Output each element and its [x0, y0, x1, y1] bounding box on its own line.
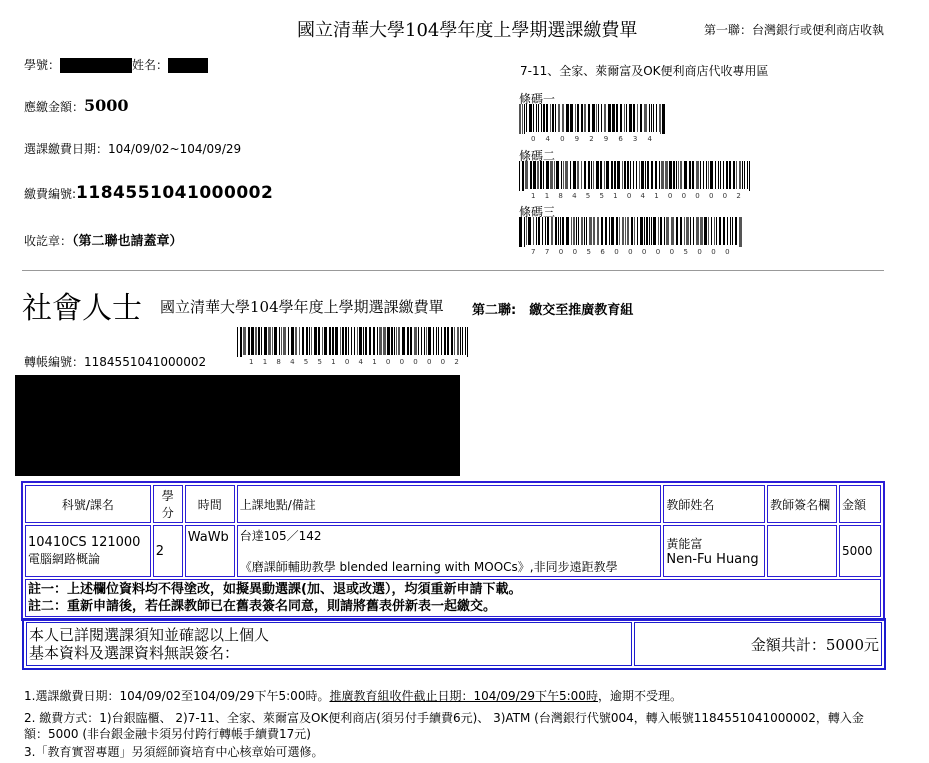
student-id-row: 學號：姓名： — [24, 56, 208, 73]
svg-text:2: 2 — [589, 135, 593, 142]
svg-text:5: 5 — [586, 192, 590, 199]
svg-text:1: 1 — [249, 358, 253, 365]
amount-due-row: 應繳金額：5000 — [24, 96, 129, 115]
copy2-label: 第二聯: 繳交至推廣教育組 — [472, 299, 633, 318]
svg-text:1: 1 — [613, 192, 617, 199]
svg-text:0: 0 — [441, 358, 445, 365]
svg-text:0: 0 — [656, 248, 660, 255]
svg-text:5: 5 — [684, 248, 688, 255]
svg-text:4: 4 — [572, 192, 577, 199]
svg-text:0: 0 — [628, 248, 632, 255]
svg-text:0: 0 — [413, 358, 417, 365]
svg-text:0: 0 — [531, 135, 535, 142]
svg-text:5: 5 — [586, 248, 590, 255]
notes-cell: 註一：上述欄位資料均不得塗改，如擬異動選課(加、退或改選），均須重新申請下載。 … — [25, 579, 881, 617]
svg-text:9: 9 — [575, 135, 579, 142]
svg-text:0: 0 — [682, 192, 686, 199]
svg-text:0: 0 — [711, 248, 715, 255]
teacher-name-en: Nen-Fu Huang — [666, 552, 762, 567]
svg-text:0: 0 — [627, 192, 631, 199]
svg-text:1: 1 — [263, 358, 267, 365]
payment-no-row: 繳費編號:1184551041000002 — [24, 183, 273, 203]
amount-due-label: 應繳金額： — [24, 100, 84, 114]
payment-period-value: 104/09/02~104/09/29 — [108, 142, 241, 156]
header-time: 時間 — [185, 485, 235, 523]
teacher-cell: 黃能富 Nen-Fu Huang — [663, 525, 765, 577]
footer-item-1: 1.選課繳費日期：104/09/02至104/09/29下午5:00時。推廣教育… — [24, 688, 682, 704]
notes-row: 註一：上述欄位資料均不得塗改，如擬異動選課(加、退或改選），均須重新申請下載。 … — [25, 579, 881, 617]
header-credits: 學分 — [153, 485, 183, 523]
payment-period-row: 選課繳費日期：104/09/02~104/09/29 — [24, 140, 241, 157]
svg-text:1: 1 — [372, 358, 376, 365]
note-1: 註一：上述欄位資料均不得塗改，如擬異動選課(加、退或改選），均須重新申請下載。 — [28, 581, 878, 598]
svg-text:0: 0 — [560, 135, 564, 142]
stamp-note: （第二聯也請蓋章） — [72, 234, 183, 249]
svg-text:2: 2 — [454, 358, 458, 365]
form-title: 國立清華大學104學年度上學期選課繳費單 — [297, 16, 637, 42]
teacher-name-zh: 黃能富 — [666, 535, 762, 552]
amount-cell: 5000 — [839, 525, 881, 577]
svg-text:0: 0 — [345, 358, 349, 365]
course-code: 10410CS 121000 — [28, 535, 148, 550]
payment-period-label: 選課繳費日期： — [24, 142, 108, 156]
transfer-barcode: 1184551041000002 — [237, 327, 472, 365]
redacted-student-name — [168, 58, 208, 73]
svg-text:2: 2 — [736, 192, 740, 199]
barcode-1: 040929634 — [519, 104, 666, 142]
svg-text:0: 0 — [709, 192, 713, 199]
svg-text:0: 0 — [573, 248, 577, 255]
svg-text:1: 1 — [331, 358, 335, 365]
redacted-student-id — [60, 58, 132, 73]
course-table: 科號/課名 學分 時間 上課地點/備註 教師姓名 教師簽名欄 金額 10410C… — [21, 481, 885, 621]
svg-text:5: 5 — [599, 192, 603, 199]
course-name: 電腦網路概論 — [28, 550, 148, 567]
footer-item-3: 3.「教育實習專題」另須經師資培育中心核章始可選修。 — [24, 744, 323, 760]
svg-text:0: 0 — [697, 248, 701, 255]
footer-item-1-tail: ，逾期不受理。 — [598, 689, 682, 703]
svg-text:4: 4 — [546, 135, 551, 142]
svg-text:4: 4 — [359, 358, 364, 365]
svg-text:1: 1 — [654, 192, 658, 199]
svg-text:0: 0 — [400, 358, 404, 365]
location-cell: 台達105／142 《磨課師輔助教學 blended learning with… — [237, 525, 662, 577]
copy1-label: 第一聯：台灣銀行或便利商店收執 — [704, 21, 884, 38]
credits-cell: 2 — [153, 525, 183, 577]
amount-due-value: 5000 — [84, 96, 129, 115]
svg-text:1: 1 — [545, 192, 549, 199]
header-location: 上課地點/備註 — [237, 485, 662, 523]
footer-item-2-line2: 額：5000 (非台銀金融卡須另付跨行轉帳手續費17元) — [24, 726, 864, 742]
svg-text:3: 3 — [633, 135, 637, 142]
footer-item-2: 2. 繳費方式：1)台銀臨櫃、 2)7-11、全家、萊爾富及OK便利商店(須另付… — [24, 710, 864, 742]
svg-text:4: 4 — [641, 192, 646, 199]
svg-text:0: 0 — [614, 248, 618, 255]
svg-text:7: 7 — [545, 248, 549, 255]
svg-text:1: 1 — [531, 192, 535, 199]
svg-text:5: 5 — [317, 358, 321, 365]
store-area-title: 7-11、全家、萊爾富及OK便利商店代收專用區 — [520, 62, 769, 79]
svg-text:0: 0 — [642, 248, 646, 255]
svg-text:0: 0 — [725, 248, 729, 255]
footer-item-2-line1: 2. 繳費方式：1)台銀臨櫃、 2)7-11、全家、萊爾富及OK便利商店(須另付… — [24, 710, 864, 726]
stamp-row: 收訖章：（第二聯也請蓋章） — [24, 230, 183, 249]
course-cell: 10410CS 121000 電腦網路概論 — [25, 525, 151, 577]
signature-cell — [767, 525, 837, 577]
stamp-label: 收訖章： — [24, 234, 72, 248]
footer-deadline: 推廣教育組收件截止日期：104/09/29下午5:00時 — [329, 689, 597, 703]
location-text: 台達105／142 — [240, 527, 659, 544]
footer-item-1-text: 1.選課繳費日期：104/09/02至104/09/29下午5:00時。 — [24, 689, 329, 703]
signature-statement-cell: 本人已詳閱選課須知並確認以上個人 基本資料及選課資料無誤簽名： — [26, 622, 632, 666]
signature-table: 本人已詳閱選課須知並確認以上個人 基本資料及選課資料無誤簽名： 金額共計：500… — [22, 618, 886, 670]
svg-text:0: 0 — [668, 192, 672, 199]
student-name-label: 姓名： — [132, 58, 168, 72]
svg-text:5: 5 — [304, 358, 308, 365]
signature-statement-line1: 本人已詳閱選課須知並確認以上個人 — [29, 626, 629, 644]
time-cell: WaWb — [185, 525, 235, 577]
svg-text:0: 0 — [559, 248, 563, 255]
svg-text:4: 4 — [290, 358, 295, 365]
note-2: 註二：重新申請後，若任課教師已在舊表簽名同意，則請將舊表併新表一起繳交。 — [28, 598, 878, 615]
transfer-no-row: 轉帳編號：1184551041000002 — [24, 353, 206, 370]
header-signature: 教師簽名欄 — [767, 485, 837, 523]
redacted-block — [15, 375, 460, 476]
payment-no-label: 繳費編號: — [24, 187, 76, 201]
header-teacher: 教師姓名 — [663, 485, 765, 523]
svg-text:8: 8 — [276, 358, 280, 365]
svg-text:7: 7 — [531, 248, 535, 255]
svg-text:0: 0 — [670, 248, 674, 255]
svg-text:0: 0 — [386, 358, 390, 365]
barcode-2: 1184551041000002 — [519, 161, 754, 199]
svg-text:6: 6 — [618, 135, 623, 142]
remark-text: 《磨課師輔助教學 blended learning with MOOCs》,非同… — [240, 558, 659, 575]
svg-text:0: 0 — [427, 358, 431, 365]
payment-no-value: 1184551041000002 — [76, 183, 273, 203]
table-row: 10410CS 121000 電腦網路概論 2 WaWb 台達105／142 《… — [25, 525, 881, 577]
svg-text:8: 8 — [558, 192, 562, 199]
svg-text:0: 0 — [695, 192, 699, 199]
svg-text:9: 9 — [604, 135, 608, 142]
section-divider — [22, 270, 884, 271]
barcode-3: 770056000005000 — [519, 217, 743, 255]
table-header-row: 科號/課名 學分 時間 上課地點/備註 教師姓名 教師簽名欄 金額 — [25, 485, 881, 523]
total-amount-cell: 金額共計：5000元 — [634, 622, 882, 666]
copy2-form-title: 國立清華大學104學年度上學期選課繳費單 — [160, 296, 444, 317]
transfer-no-value: 1184551041000002 — [84, 355, 206, 369]
student-id-label: 學號： — [24, 58, 60, 72]
svg-text:4: 4 — [647, 135, 652, 142]
svg-text:6: 6 — [600, 248, 605, 255]
category-title: 社會人士 — [22, 283, 142, 327]
svg-text:0: 0 — [723, 192, 727, 199]
header-amount: 金額 — [839, 485, 881, 523]
transfer-no-label: 轉帳編號： — [24, 355, 84, 369]
signature-statement-line2: 基本資料及選課資料無誤簽名： — [29, 644, 629, 662]
header-course: 科號/課名 — [25, 485, 151, 523]
